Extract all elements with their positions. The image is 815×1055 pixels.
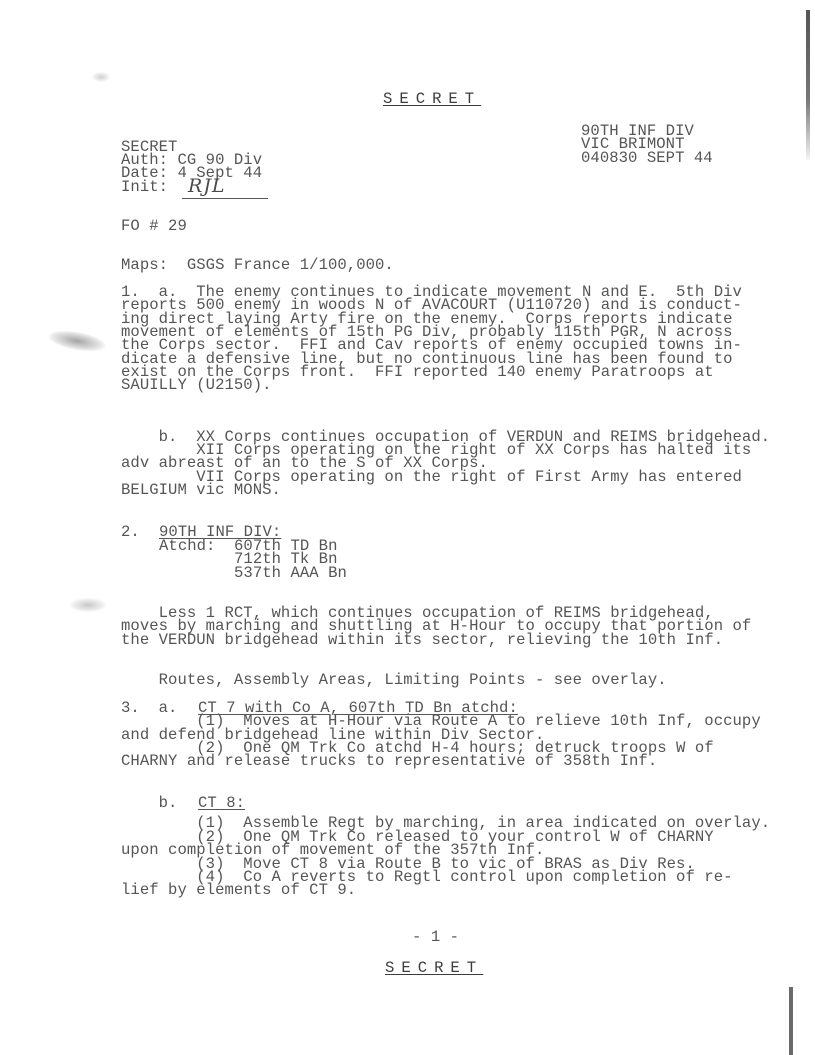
page-number: - 1 -	[412, 931, 459, 944]
margin-smudge	[92, 72, 110, 82]
scan-edge-mark-top	[806, 10, 810, 160]
margin-smudge	[47, 327, 107, 355]
document-page: SECRET SECRET Auth: CG 90 Div Date: 4 Se…	[0, 0, 815, 1055]
para3b-prefix: b.	[121, 797, 196, 810]
text-line: the VERDUN bridgehead within its sector,…	[121, 634, 723, 647]
maps-reference: Maps: GSGS France 1/100,000.	[121, 259, 394, 272]
atchd-label: Atchd:	[159, 540, 215, 553]
text-line: lief by elements of CT 9.	[121, 884, 356, 897]
init-signature: RJL	[188, 175, 226, 197]
margin-smudge	[70, 598, 106, 612]
text-line: SAUILLY (U2150).	[121, 379, 272, 392]
header-init-label: Init:	[121, 181, 168, 194]
para2-number: 2.	[121, 526, 140, 539]
fo-number: FO # 29	[121, 220, 187, 233]
text-line: BELGIUM vic MONS.	[121, 484, 281, 497]
classification-bottom: SECRET	[385, 962, 483, 975]
classification-top: SECRET	[383, 93, 481, 106]
text-line: CHARNY and release trucks to representat…	[121, 755, 657, 768]
para3b-heading: CT 8:	[198, 797, 245, 810]
scan-edge-mark-bottom	[789, 987, 793, 1055]
routes-line: Routes, Assembly Areas, Limiting Points …	[121, 674, 667, 687]
atchd-unit: 537th AAA Bn	[234, 567, 347, 580]
init-underline	[182, 198, 268, 199]
header-dtg: 040830 SEPT 44	[581, 152, 713, 165]
